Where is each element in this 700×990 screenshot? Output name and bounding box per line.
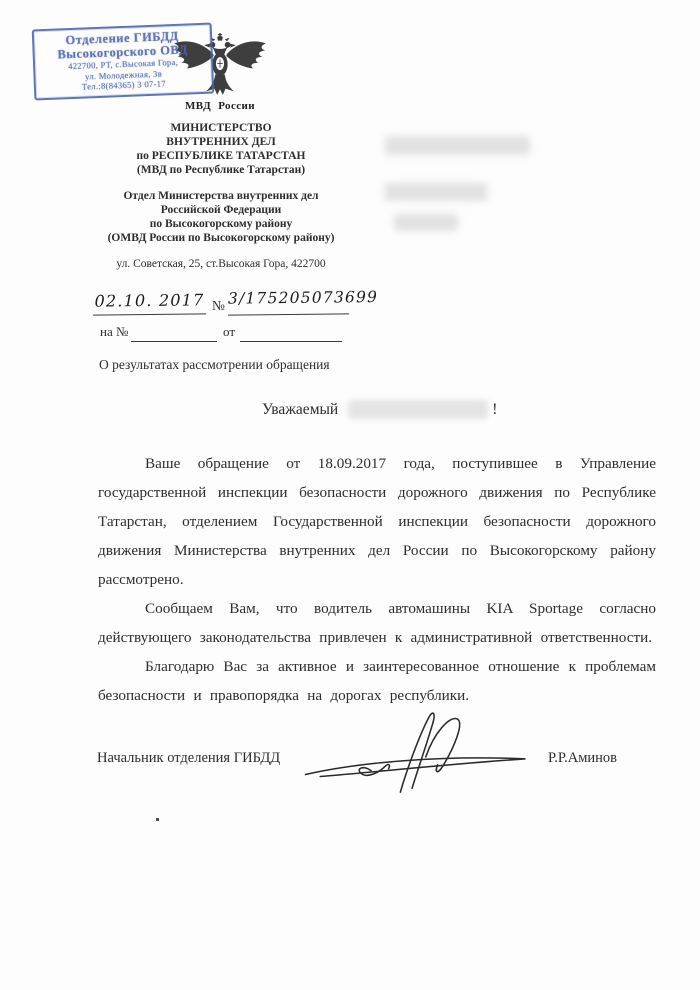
salutation-prefix: Уважаемый xyxy=(262,401,338,419)
outgoing-date-handwritten: 02.10. 2017 xyxy=(93,290,206,315)
letterhead: МИНИСТЕРСТВО ВНУТРЕННИХ ДЕЛ по РЕСПУБЛИК… xyxy=(83,121,359,270)
signer-position-title: Начальник отделения ГИБДД xyxy=(97,750,280,767)
signer-name: Р.Р.Аминов xyxy=(548,750,617,767)
scan-artifact-dot xyxy=(156,818,159,821)
number-sign-label: № xyxy=(212,298,225,314)
sender-address: ул. Советская, 25, ст.Высокая Гора, 4227… xyxy=(83,258,359,270)
subject-line: О результатах рассмотрении обращения xyxy=(99,357,330,373)
outgoing-number-handwritten: 3/175205073699 xyxy=(228,288,349,315)
redacted-recipient-line xyxy=(385,183,487,201)
department-line: по Высокогорскому району xyxy=(83,217,359,231)
from-date-label: от xyxy=(223,324,235,340)
gibdd-rubber-stamp: Отделение ГИБДД Высокогорского ОВД 42270… xyxy=(32,23,215,100)
salutation: Уважаемый ! xyxy=(262,400,497,419)
ministry-line: МИНИСТЕРСТВО xyxy=(83,121,359,135)
redacted-recipient-line xyxy=(385,136,530,155)
ministry-line: (МВД по Республике Татарстан) xyxy=(83,163,359,177)
department-line: Отдел Министерства внутренних дел xyxy=(83,189,359,203)
scanned-letter-page: Отделение ГИБДД Высокогорского ОВД 42270… xyxy=(0,0,700,990)
from-date-blank-line xyxy=(240,324,342,342)
body-paragraph: Сообщаем Вам, что водитель автомашины KI… xyxy=(98,594,656,652)
department-line: Российской Федерации xyxy=(83,203,359,217)
in-reply-to-blank-line xyxy=(131,324,217,342)
body-paragraph: Благодарю Вас за активное и заинтересова… xyxy=(98,652,656,710)
emblem-caption: МВД России xyxy=(170,100,270,112)
handwritten-signature xyxy=(300,710,535,798)
department-line: (ОМВД России по Высокогорскому району) xyxy=(83,231,359,245)
in-reply-to-label: на № xyxy=(100,324,128,340)
redacted-addressee-name xyxy=(348,400,488,419)
salutation-suffix: ! xyxy=(492,401,497,419)
ministry-line: по РЕСПУБЛИКЕ ТАТАРСТАН xyxy=(83,149,359,163)
redacted-recipient-line xyxy=(394,214,458,231)
body-paragraph: Ваше обращение от 18.09.2017 года, посту… xyxy=(98,449,656,594)
letter-body: Ваше обращение от 18.09.2017 года, посту… xyxy=(98,449,656,710)
ministry-line: ВНУТРЕННИХ ДЕЛ xyxy=(83,135,359,149)
